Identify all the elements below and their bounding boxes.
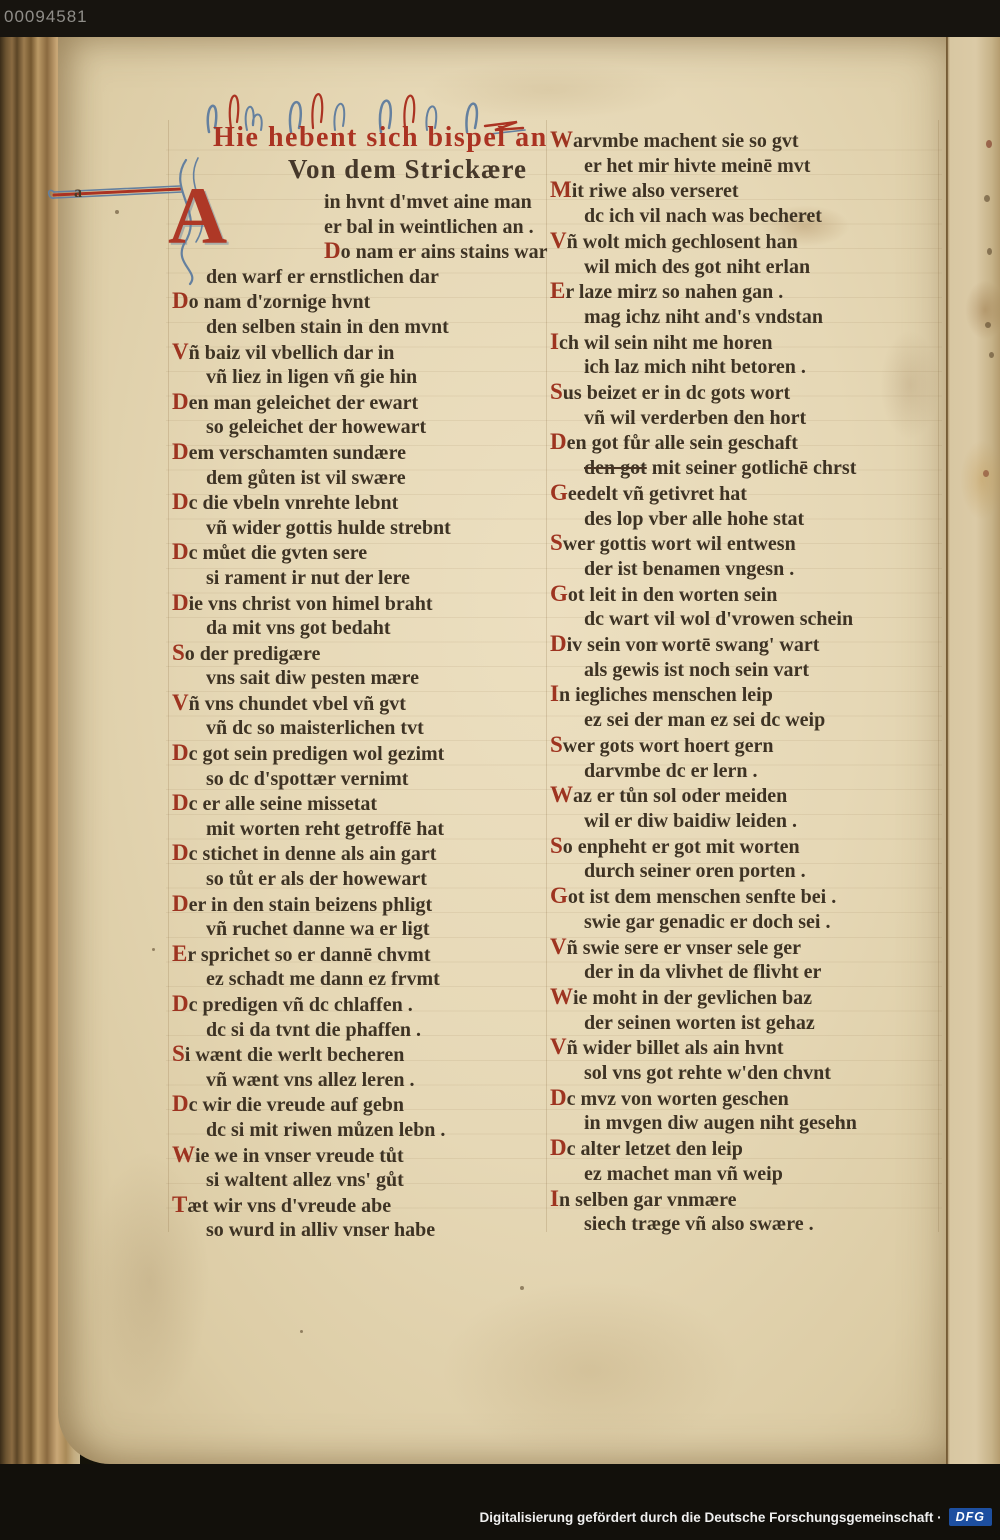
versal-initial: D — [550, 1135, 567, 1160]
verse-line: Vñ swie sere er vnser sele ger — [550, 935, 942, 961]
verse-line: wil er diw baidiw leiden . — [584, 809, 942, 834]
versal-initial: D — [550, 1085, 567, 1110]
versal-initial: W — [550, 782, 573, 807]
verse-line: Wie moht in der gevlichen baz — [550, 985, 942, 1011]
verse-line: dc ich vil nach was becheret — [584, 204, 942, 229]
scan-id-number: 00094581 — [4, 7, 88, 27]
verse-line: si waltent allez vns' gůt — [206, 1168, 552, 1193]
margin-note: a — [74, 184, 82, 202]
verse-line: Dc můet die gvten sere — [172, 540, 552, 566]
verse-line: Dc alter letzet den leip — [550, 1136, 942, 1162]
verse-line: vñ dc so maisterlichen tvt — [206, 716, 552, 741]
verse-line: vñ ruchet danne wa er ligt — [206, 917, 552, 942]
versal-initial: G — [550, 883, 568, 908]
footer-credit: Digitalisierung gefördert durch die Deut… — [480, 1510, 942, 1525]
verse-line: Dc wir die vreude auf gebn — [172, 1092, 552, 1118]
verse-line: als gewis ist noch sein vart — [584, 658, 942, 683]
verse-line: Do nam d'zornige hvnt — [172, 289, 552, 315]
verse-line: Waz er tůn sol oder meiden — [550, 783, 942, 809]
verse-line: Den got fůr alle sein geschaft — [550, 430, 942, 456]
verse-line: Dem verschamten sundære — [172, 440, 552, 466]
verse-line: Der in den stain beizens phligt — [172, 892, 552, 918]
verse-line: der in da vlivhet de flivht er — [584, 960, 942, 985]
versal-initial: D — [172, 489, 189, 514]
versal-initial: G — [550, 581, 568, 606]
versal-initial: M — [550, 177, 572, 202]
versal-initial: D — [172, 590, 189, 615]
verse-line: Dc mvz von worten geschen — [550, 1086, 942, 1112]
scanner-top-bar: 00094581 — [0, 0, 1000, 37]
verse-line: Got ist dem menschen senfte bei . — [550, 884, 942, 910]
verse-line: Si wænt die werlt becheren — [172, 1042, 552, 1068]
verse-line: so dc d'spottær vernimt — [206, 767, 552, 792]
versal-initial: I — [550, 329, 559, 354]
page-edge-crease — [946, 37, 948, 1464]
verse-line: Do nam er ains stains war — [324, 239, 552, 265]
verse-line: er bal in weintlichen an . — [324, 215, 552, 240]
verse-line: in mvgen diw augen niht gesehn — [584, 1111, 942, 1136]
versal-initial: V — [172, 690, 189, 715]
verse-line: Vñ wider billet als ain hvnt — [550, 1035, 942, 1061]
verse-line: swie gar genadic er doch sei . — [584, 910, 942, 935]
verse-line: mag ichz niht and's vndstan — [584, 305, 942, 330]
verse-line: ez machet man vñ weip — [584, 1162, 942, 1187]
versal-initial: D — [172, 790, 189, 815]
versal-initial: D — [172, 840, 189, 865]
versal-initial: D — [172, 539, 189, 564]
verse-line: sol vns got rehte w'den chvnt — [584, 1061, 942, 1086]
verse-line: Mit riwe also verseret — [550, 178, 942, 204]
verse-line: Vñ baiz vil vbellich dar in — [172, 340, 552, 366]
versal-initial: W — [550, 984, 573, 1009]
verse-line: vns sait diw pesten mære — [206, 666, 552, 691]
versal-initial: V — [550, 934, 567, 959]
verse-line: dc wart vil wol d'vrowen schein — [584, 607, 942, 632]
verse-line: Dc er alle seine missetat — [172, 791, 552, 817]
versal-initial: S — [550, 732, 563, 757]
verse-line: Vñ wolt mich gechlosent han — [550, 229, 942, 255]
verse-line: so wurd in alliv vnser habe — [206, 1218, 552, 1243]
versal-initial: D — [172, 439, 189, 464]
versal-initial: S — [172, 640, 185, 665]
versal-initial: S — [550, 379, 563, 404]
verse-line: Geedelt vñ getivret hat — [550, 481, 942, 507]
verse-line: den selben stain in den mvnt — [206, 315, 552, 340]
versal-initial: D — [172, 891, 189, 916]
verse-line: Vñ vns chundet vbel vñ gvt — [172, 691, 552, 717]
verse-line: Er laze mirz so nahen gan . — [550, 279, 942, 305]
versal-initial: D — [172, 288, 189, 313]
verse-line: Den man geleichet der ewart — [172, 390, 552, 416]
scanner-bottom-bar: Digitalisierung gefördert durch die Deut… — [0, 1464, 1000, 1540]
verse-line: wil mich des got niht erlan — [584, 255, 942, 280]
verse-line: ez schadt me dann ez frvmt — [206, 967, 552, 992]
versal-initial: D — [172, 1091, 189, 1116]
versal-initial: D — [172, 740, 189, 765]
versal-initial: D — [550, 429, 567, 454]
verse-line: den got mit seiner gotlichē chrst — [584, 456, 942, 481]
verse-line: vñ wider gottis hulde strebnt — [206, 516, 552, 541]
versal-initial: T — [172, 1192, 187, 1217]
verse-line: Ich wil sein niht me horen — [550, 330, 942, 356]
verse-line: ich laz mich niht betoren . — [584, 355, 942, 380]
versal-initial: D — [324, 238, 341, 263]
verse-line: Dc stichet in denne als ain gart — [172, 841, 552, 867]
verse-line: Dc got sein predigen wol gezimt — [172, 741, 552, 767]
verse-line: darvmbe dc er lern . — [584, 759, 942, 784]
verse-line: siech træge vñ also swære . — [584, 1212, 942, 1237]
verse-line: Warvmbe machent sie so gvt — [550, 128, 942, 154]
verse-line: si rament ir nut der lere — [206, 566, 552, 591]
verse-line: Dc die vbeln vnrehte lebnt — [172, 490, 552, 516]
versal-initial: W — [550, 127, 573, 152]
versal-initial: I — [550, 681, 559, 706]
versal-initial: E — [550, 278, 565, 303]
verse-line: Wie we in vnser vreude tůt — [172, 1143, 552, 1169]
verse-line: So der predigære — [172, 641, 552, 667]
verse-line: Die vns christ von himel braht — [172, 591, 552, 617]
verse-line: In iegliches menschen leip — [550, 682, 942, 708]
verse-line: der seinen worten ist gehaz — [584, 1011, 942, 1036]
verse-line: er het mir hivte meinē mvt — [584, 154, 942, 179]
verse-line: da mit vns got bedaht — [206, 616, 552, 641]
text-column-left: in hvnt d'mvet aine maner bal in weintli… — [172, 190, 552, 1243]
verse-line: Sus beizet er in dc gots wort — [550, 380, 942, 406]
verse-line: des lop vber alle hohe stat — [584, 507, 942, 532]
verse-line: in hvnt d'mvet aine man — [324, 190, 552, 215]
verse-line: mit worten reht getroffē hat — [206, 817, 552, 842]
verse-line: den warf er ernstlichen dar — [206, 265, 552, 290]
versal-initial: G — [550, 480, 568, 505]
verse-line: So enpheht er got mit worten — [550, 834, 942, 860]
versal-initial: D — [550, 631, 567, 656]
manuscript-scan: Hie hebent sich bispel an Von dem Strick… — [0, 0, 1000, 1540]
versal-initial: S — [172, 1041, 185, 1066]
verse-line: vñ wil verderben den hort — [584, 406, 942, 431]
verse-line: Div sein von wortē swang' wart — [550, 632, 942, 658]
page-edge-right — [946, 37, 1000, 1464]
verse-line: durch seiner oren porten . — [584, 859, 942, 884]
verse-line: dc si da tvnt die phaffen . — [206, 1018, 552, 1043]
verse-line: der ist benamen vngesn . — [584, 557, 942, 582]
versal-initial: V — [172, 339, 189, 364]
versal-initial: I — [550, 1186, 559, 1211]
verse-line: dem gůten ist vil swære — [206, 466, 552, 491]
verse-line: vñ wænt vns allez leren . — [206, 1068, 552, 1093]
verse-line: Tæt wir vns d'vreude abe — [172, 1193, 552, 1219]
verse-line: Swer gots wort hoert gern — [550, 733, 942, 759]
verse-line: so tůt er als der howewart — [206, 867, 552, 892]
struck-text: den got — [584, 457, 647, 479]
verse-line: Got leit in den worten sein — [550, 582, 942, 608]
versal-initial: V — [550, 1034, 567, 1059]
verse-line: Er sprichet so er dannē chvmt — [172, 942, 552, 968]
verse-line: ez sei der man ez sei dc weip — [584, 708, 942, 733]
heading-title: Von dem Strickære — [288, 154, 527, 185]
verse-line: Swer gottis wort wil entwesn — [550, 531, 942, 557]
versal-initial: S — [550, 833, 563, 858]
verse-line: so geleichet der howewart — [206, 415, 552, 440]
dfg-logo: DFG — [949, 1508, 992, 1526]
versal-initial: D — [172, 389, 189, 414]
versal-initial: V — [550, 228, 567, 253]
verse-line: Dc predigen vñ dc chlaffen . — [172, 992, 552, 1018]
versal-initial: W — [172, 1142, 195, 1167]
text-column-right: Warvmbe machent sie so gvter het mir hiv… — [550, 128, 942, 1237]
verse-line: dc si mit riwen můzen lebn . — [206, 1118, 552, 1143]
versal-initial: D — [172, 991, 189, 1016]
verse-line: In selben gar vnmære — [550, 1187, 942, 1213]
versal-initial: S — [550, 530, 563, 555]
versal-initial: E — [172, 941, 187, 966]
verse-line: vñ liez in ligen vñ gie hin — [206, 365, 552, 390]
